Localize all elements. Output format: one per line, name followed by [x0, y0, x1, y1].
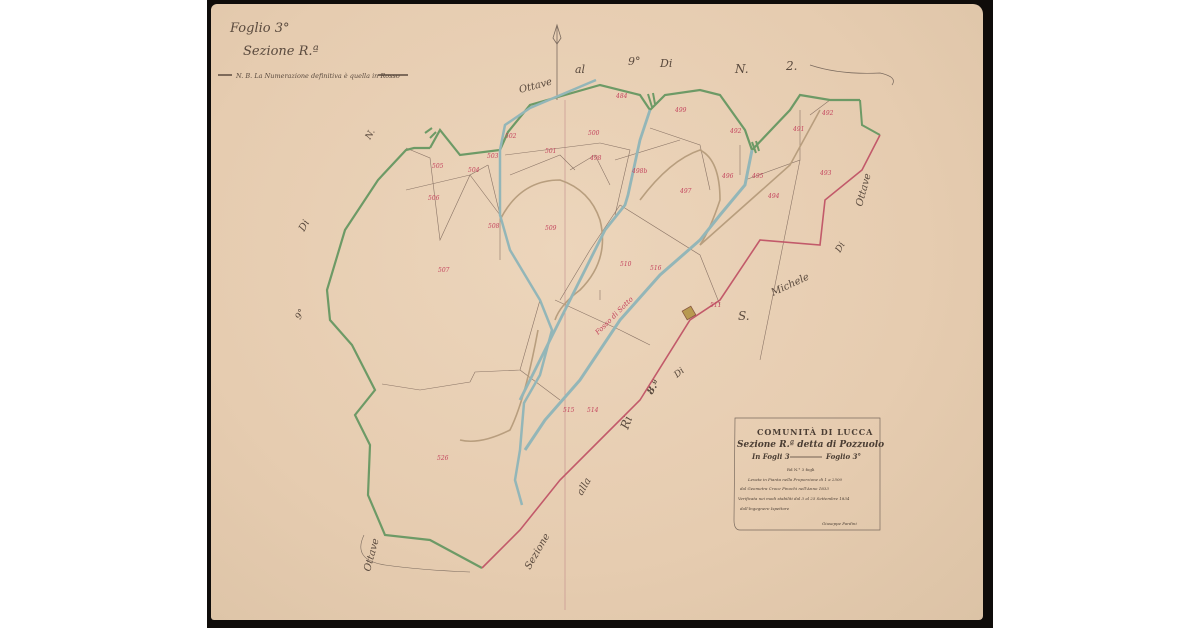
svg-text:492: 492: [729, 128, 742, 135]
cartouche-signature: Giuseppe Pardini: [822, 521, 857, 526]
sheet-header-line2: Sezione R.ª: [243, 44, 319, 59]
river-west: [500, 80, 596, 505]
svg-text:498: 498: [589, 155, 602, 162]
svg-text:502: 502: [505, 133, 517, 140]
cartouche-sheets: In Fogli 3: [751, 452, 790, 461]
north-arrow-icon: [553, 25, 561, 100]
svg-text:508: 508: [488, 223, 500, 230]
svg-text:495: 495: [751, 173, 764, 180]
parcel-boundaries: [382, 100, 830, 400]
svg-text:509: 509: [545, 225, 557, 232]
title-cartouche: COMUNITÀ DI LUCCA Sezione R.ª detta di P…: [734, 418, 884, 530]
cartouche-scale-note: Rd N.° 3 fogli: [787, 467, 815, 472]
label-n: N.: [734, 62, 749, 76]
cadastral-map: Foglio 3° Sezione R.ª N. B. La Numerazio…: [0, 0, 1200, 628]
svg-text:484: 484: [615, 93, 628, 100]
cartouche-section: Sezione R.ª detta di Pozzuolo: [737, 440, 884, 450]
svg-text:501: 501: [545, 148, 556, 155]
label-ottave-top: Ottave: [518, 77, 554, 96]
label-di-left: Di: [297, 218, 313, 234]
label-ri-lower: Ri: [617, 414, 635, 432]
svg-text:511: 511: [710, 302, 721, 309]
parcel-numbers: 484 502 503 504 505 506 507 508 509 500 …: [428, 93, 834, 462]
svg-text:493: 493: [819, 170, 832, 177]
label-sezione: Sezione: [523, 532, 552, 572]
svg-text:500: 500: [588, 130, 600, 137]
svg-text:506: 506: [428, 195, 440, 202]
svg-text:504: 504: [468, 167, 480, 174]
svg-text:497: 497: [679, 188, 692, 195]
cartouche-line3: Verificata nei modi stabiliti dal 3 al 2…: [738, 496, 850, 501]
svg-text:492: 492: [821, 110, 834, 117]
cartouche-line4: dall'Ingegnere Ispettore: [740, 506, 790, 511]
label-al: al: [575, 63, 586, 76]
cartouche-title: COMUNITÀ DI LUCCA: [757, 427, 873, 437]
label-ottave-right: Ottave: [854, 172, 873, 208]
label-alla: alla: [575, 476, 594, 497]
svg-text:514: 514: [587, 407, 599, 414]
cartouche-line2: dal Geometra Croce Pinochi nell'Anno 183…: [740, 486, 829, 491]
green-boundary-west: [327, 148, 482, 568]
svg-text:515: 515: [563, 407, 575, 414]
label-ottave-lower: Ottave: [362, 537, 381, 573]
svg-text:526: 526: [437, 455, 449, 462]
svg-text:505: 505: [432, 163, 444, 170]
label-2: 2.: [785, 59, 797, 73]
label-s: S.: [738, 309, 750, 323]
road-lines: [460, 110, 820, 441]
label-9-left: 9°: [294, 308, 308, 322]
svg-text:491: 491: [792, 126, 804, 133]
cartouche-line1: Levata in Pianta nella Proporzione di 1 …: [747, 477, 843, 482]
svg-text:494: 494: [767, 193, 780, 200]
cartouche-sheet: Foglio 3°: [825, 452, 861, 461]
svg-text:496: 496: [721, 173, 734, 180]
legend-note: N. B. La Numerazione definitiva è quella…: [235, 72, 400, 80]
river-main: [520, 110, 650, 400]
label-di: Di: [659, 57, 672, 70]
label-di-mid: Di: [672, 366, 687, 381]
svg-text:510: 510: [620, 261, 632, 268]
svg-text:503: 503: [487, 153, 499, 160]
green-boundary-north: [430, 85, 860, 155]
svg-text:498b: 498b: [631, 168, 647, 175]
green-boundary-ne: [860, 100, 880, 135]
svg-text:516: 516: [650, 265, 662, 272]
red-boundary-east: [482, 135, 880, 568]
label-9: 9°: [628, 55, 641, 68]
label-di-right: Di: [833, 241, 847, 256]
label-di-upper: N.: [363, 128, 377, 143]
svg-text:499: 499: [674, 107, 687, 114]
sheet-header-line1: Foglio 3°: [229, 21, 290, 36]
svg-text:507: 507: [438, 267, 450, 274]
